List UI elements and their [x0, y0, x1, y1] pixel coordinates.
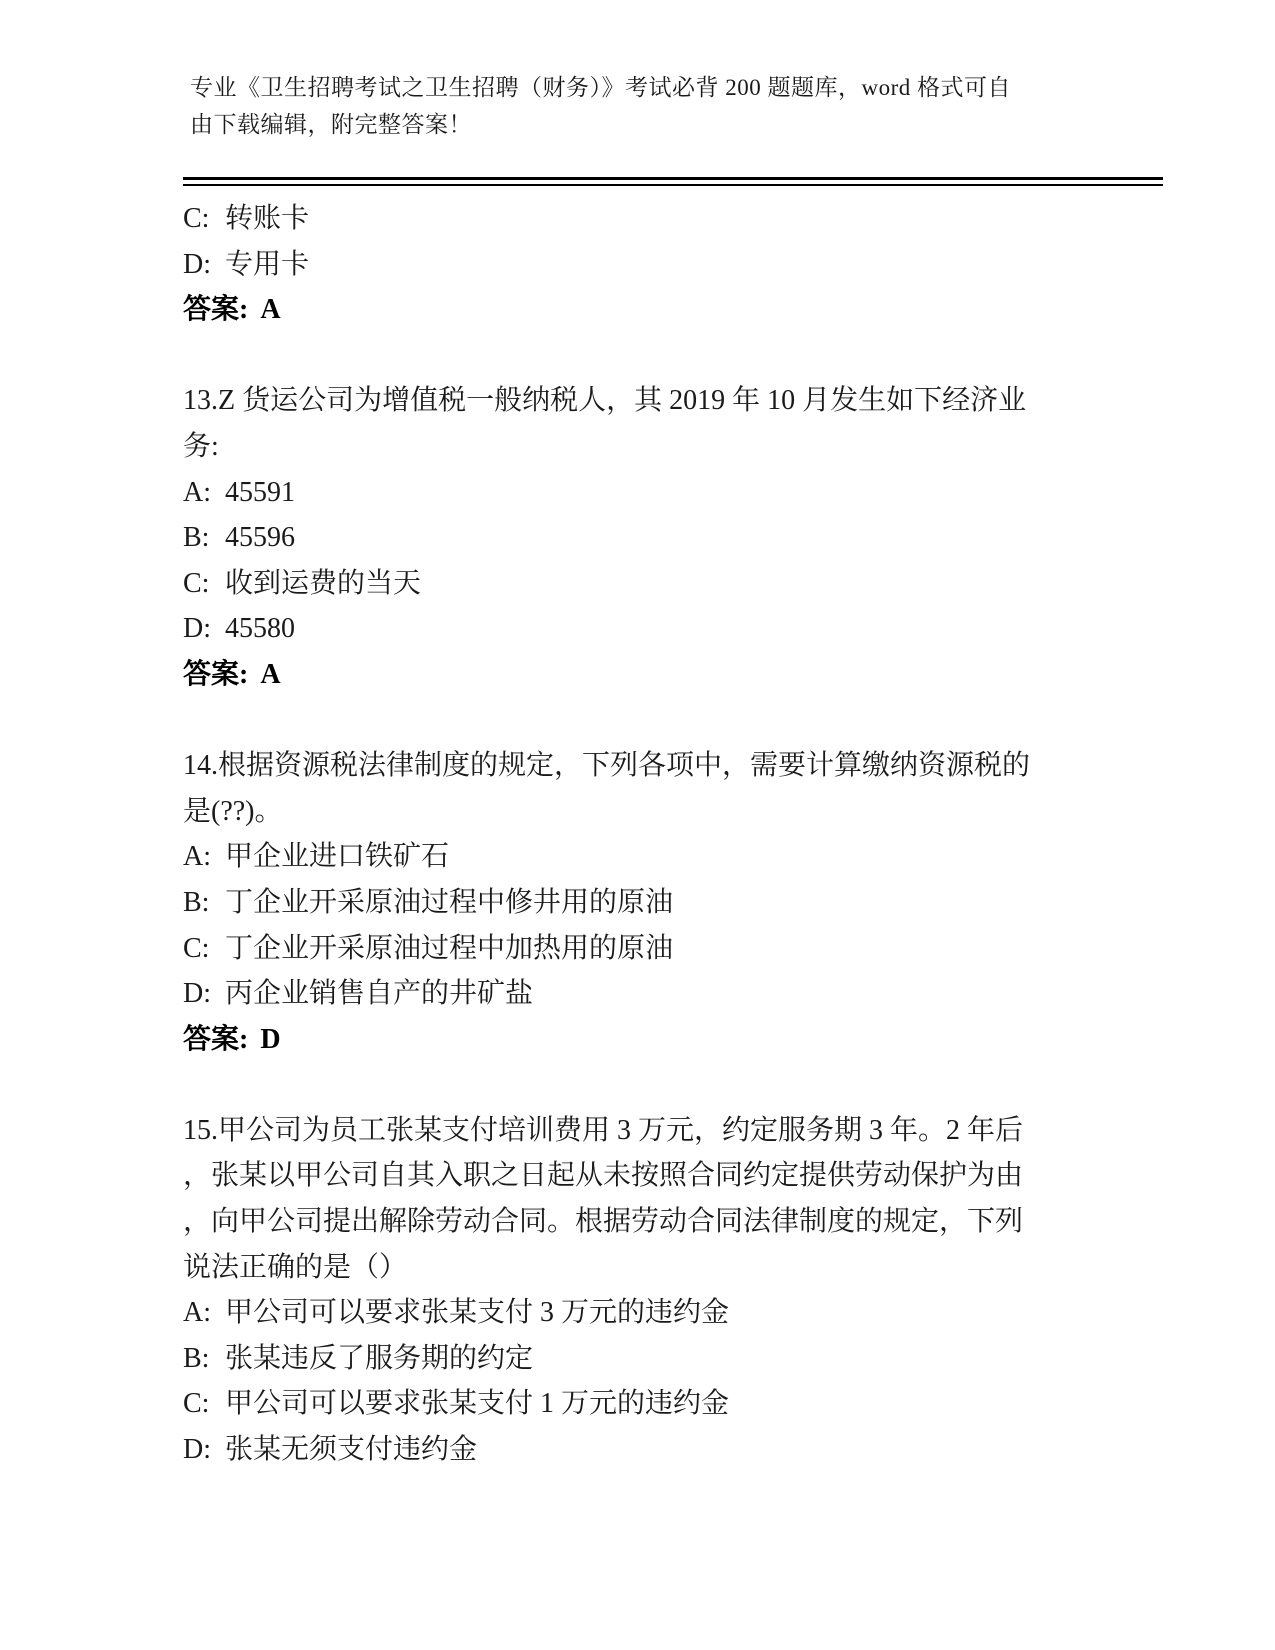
document-body: C:转账卡 D:专用卡 答案:A 13.Z 货运公司为增值税一般纳税人，其 20…: [183, 196, 1223, 1473]
question-block-15: 15.甲公司为员工张某支付培训费用 3 万元，约定服务期 3 年。2 年后 ，张…: [183, 1108, 1223, 1473]
option-row: D:45580: [183, 606, 1223, 652]
option-text: 45596: [225, 522, 295, 553]
option-letter: D:: [183, 606, 225, 652]
question-text-line: 13.Z 货运公司为增值税一般纳税人，其 2019 年 10 月发生如下经济业: [183, 378, 1223, 424]
option-row: C:转账卡: [183, 196, 1223, 242]
answer-value: A: [260, 294, 280, 325]
option-row: A:45591: [183, 470, 1223, 516]
header-line-1: 专业《卫生招聘考试之卫生招聘（财务）》考试必背 200 题题库，word 格式可…: [190, 69, 1190, 106]
question-text-line: ，向甲公司提出解除劳动合同。根据劳动合同法律制度的规定，下列: [183, 1199, 1223, 1245]
option-letter: C:: [183, 196, 225, 242]
question-text-line: ，张某以甲公司自其入职之日起从未按照合同约定提供劳动保护为由: [183, 1153, 1223, 1199]
question-text-line: 说法正确的是（）: [183, 1245, 1223, 1291]
option-row: C:丁企业开采原油过程中加热用的原油: [183, 926, 1223, 972]
option-text: 专用卡: [225, 249, 309, 280]
header-divider-rule: [183, 177, 1163, 186]
answer-label: 答案:: [183, 1024, 248, 1055]
option-letter: B:: [183, 515, 225, 561]
option-letter: B:: [183, 1336, 225, 1382]
question-text-line: 务:: [183, 424, 1223, 470]
option-text: 45591: [225, 477, 295, 508]
option-row: A:甲企业进口铁矿石: [183, 834, 1223, 880]
option-row: D:丙企业销售自产的井矿盐: [183, 971, 1223, 1017]
option-letter: A:: [183, 1290, 225, 1336]
option-letter: B:: [183, 880, 225, 926]
question-text-line: 是(??)。: [183, 789, 1223, 835]
option-text: 45580: [225, 613, 295, 644]
option-letter: D:: [183, 971, 225, 1017]
answer-label: 答案:: [183, 294, 248, 325]
option-row: B:丁企业开采原油过程中修井用的原油: [183, 880, 1223, 926]
option-text: 转账卡: [225, 203, 309, 234]
question-block-14: 14.根据资源税法律制度的规定，下列各项中，需要计算缴纳资源税的 是(??)。 …: [183, 743, 1223, 1062]
question-block-13: 13.Z 货运公司为增值税一般纳税人，其 2019 年 10 月发生如下经济业 …: [183, 378, 1223, 697]
option-row: B:45596: [183, 515, 1223, 561]
answer-row: 答案:A: [183, 652, 1223, 698]
option-letter: C:: [183, 926, 225, 972]
option-letter: C:: [183, 1381, 225, 1427]
option-text: 丁企业开采原油过程中修井用的原油: [225, 887, 673, 918]
document-page: 专业《卫生招聘考试之卫生招聘（财务）》考试必背 200 题题库，word 格式可…: [0, 0, 1275, 1650]
option-letter: C:: [183, 561, 225, 607]
option-letter: D:: [183, 242, 225, 288]
answer-row: 答案:D: [183, 1017, 1223, 1063]
option-text: 收到运费的当天: [225, 568, 421, 599]
page-header: 专业《卫生招聘考试之卫生招聘（财务）》考试必背 200 题题库，word 格式可…: [190, 69, 1190, 143]
option-text: 丙企业销售自产的井矿盐: [225, 978, 533, 1009]
option-row: A:甲公司可以要求张某支付 3 万元的违约金: [183, 1290, 1223, 1336]
question-text-line: 15.甲公司为员工张某支付培训费用 3 万元，约定服务期 3 年。2 年后: [183, 1108, 1223, 1154]
question-text-line: 14.根据资源税法律制度的规定，下列各项中，需要计算缴纳资源税的: [183, 743, 1223, 789]
answer-value: D: [260, 1024, 280, 1055]
option-text: 张某违反了服务期的约定: [225, 1343, 533, 1374]
option-text: 甲公司可以要求张某支付 1 万元的违约金: [225, 1388, 729, 1419]
question-12-options-tail: C:转账卡 D:专用卡 答案:A: [183, 196, 1223, 333]
option-row: C:甲公司可以要求张某支付 1 万元的违约金: [183, 1381, 1223, 1427]
option-row: C:收到运费的当天: [183, 561, 1223, 607]
header-line-2: 由下载编辑，附完整答案！: [190, 106, 1190, 143]
option-letter: D:: [183, 1427, 225, 1473]
answer-value: A: [260, 659, 280, 690]
option-row: D:专用卡: [183, 242, 1223, 288]
answer-label: 答案:: [183, 659, 248, 690]
answer-row: 答案:A: [183, 287, 1223, 333]
option-text: 丁企业开采原油过程中加热用的原油: [225, 933, 673, 964]
option-text: 张某无须支付违约金: [225, 1434, 477, 1465]
option-row: D:张某无须支付违约金: [183, 1427, 1223, 1473]
option-letter: A:: [183, 470, 225, 516]
option-row: B:张某违反了服务期的约定: [183, 1336, 1223, 1382]
option-text: 甲公司可以要求张某支付 3 万元的违约金: [225, 1297, 729, 1328]
option-text: 甲企业进口铁矿石: [225, 841, 449, 872]
option-letter: A:: [183, 834, 225, 880]
